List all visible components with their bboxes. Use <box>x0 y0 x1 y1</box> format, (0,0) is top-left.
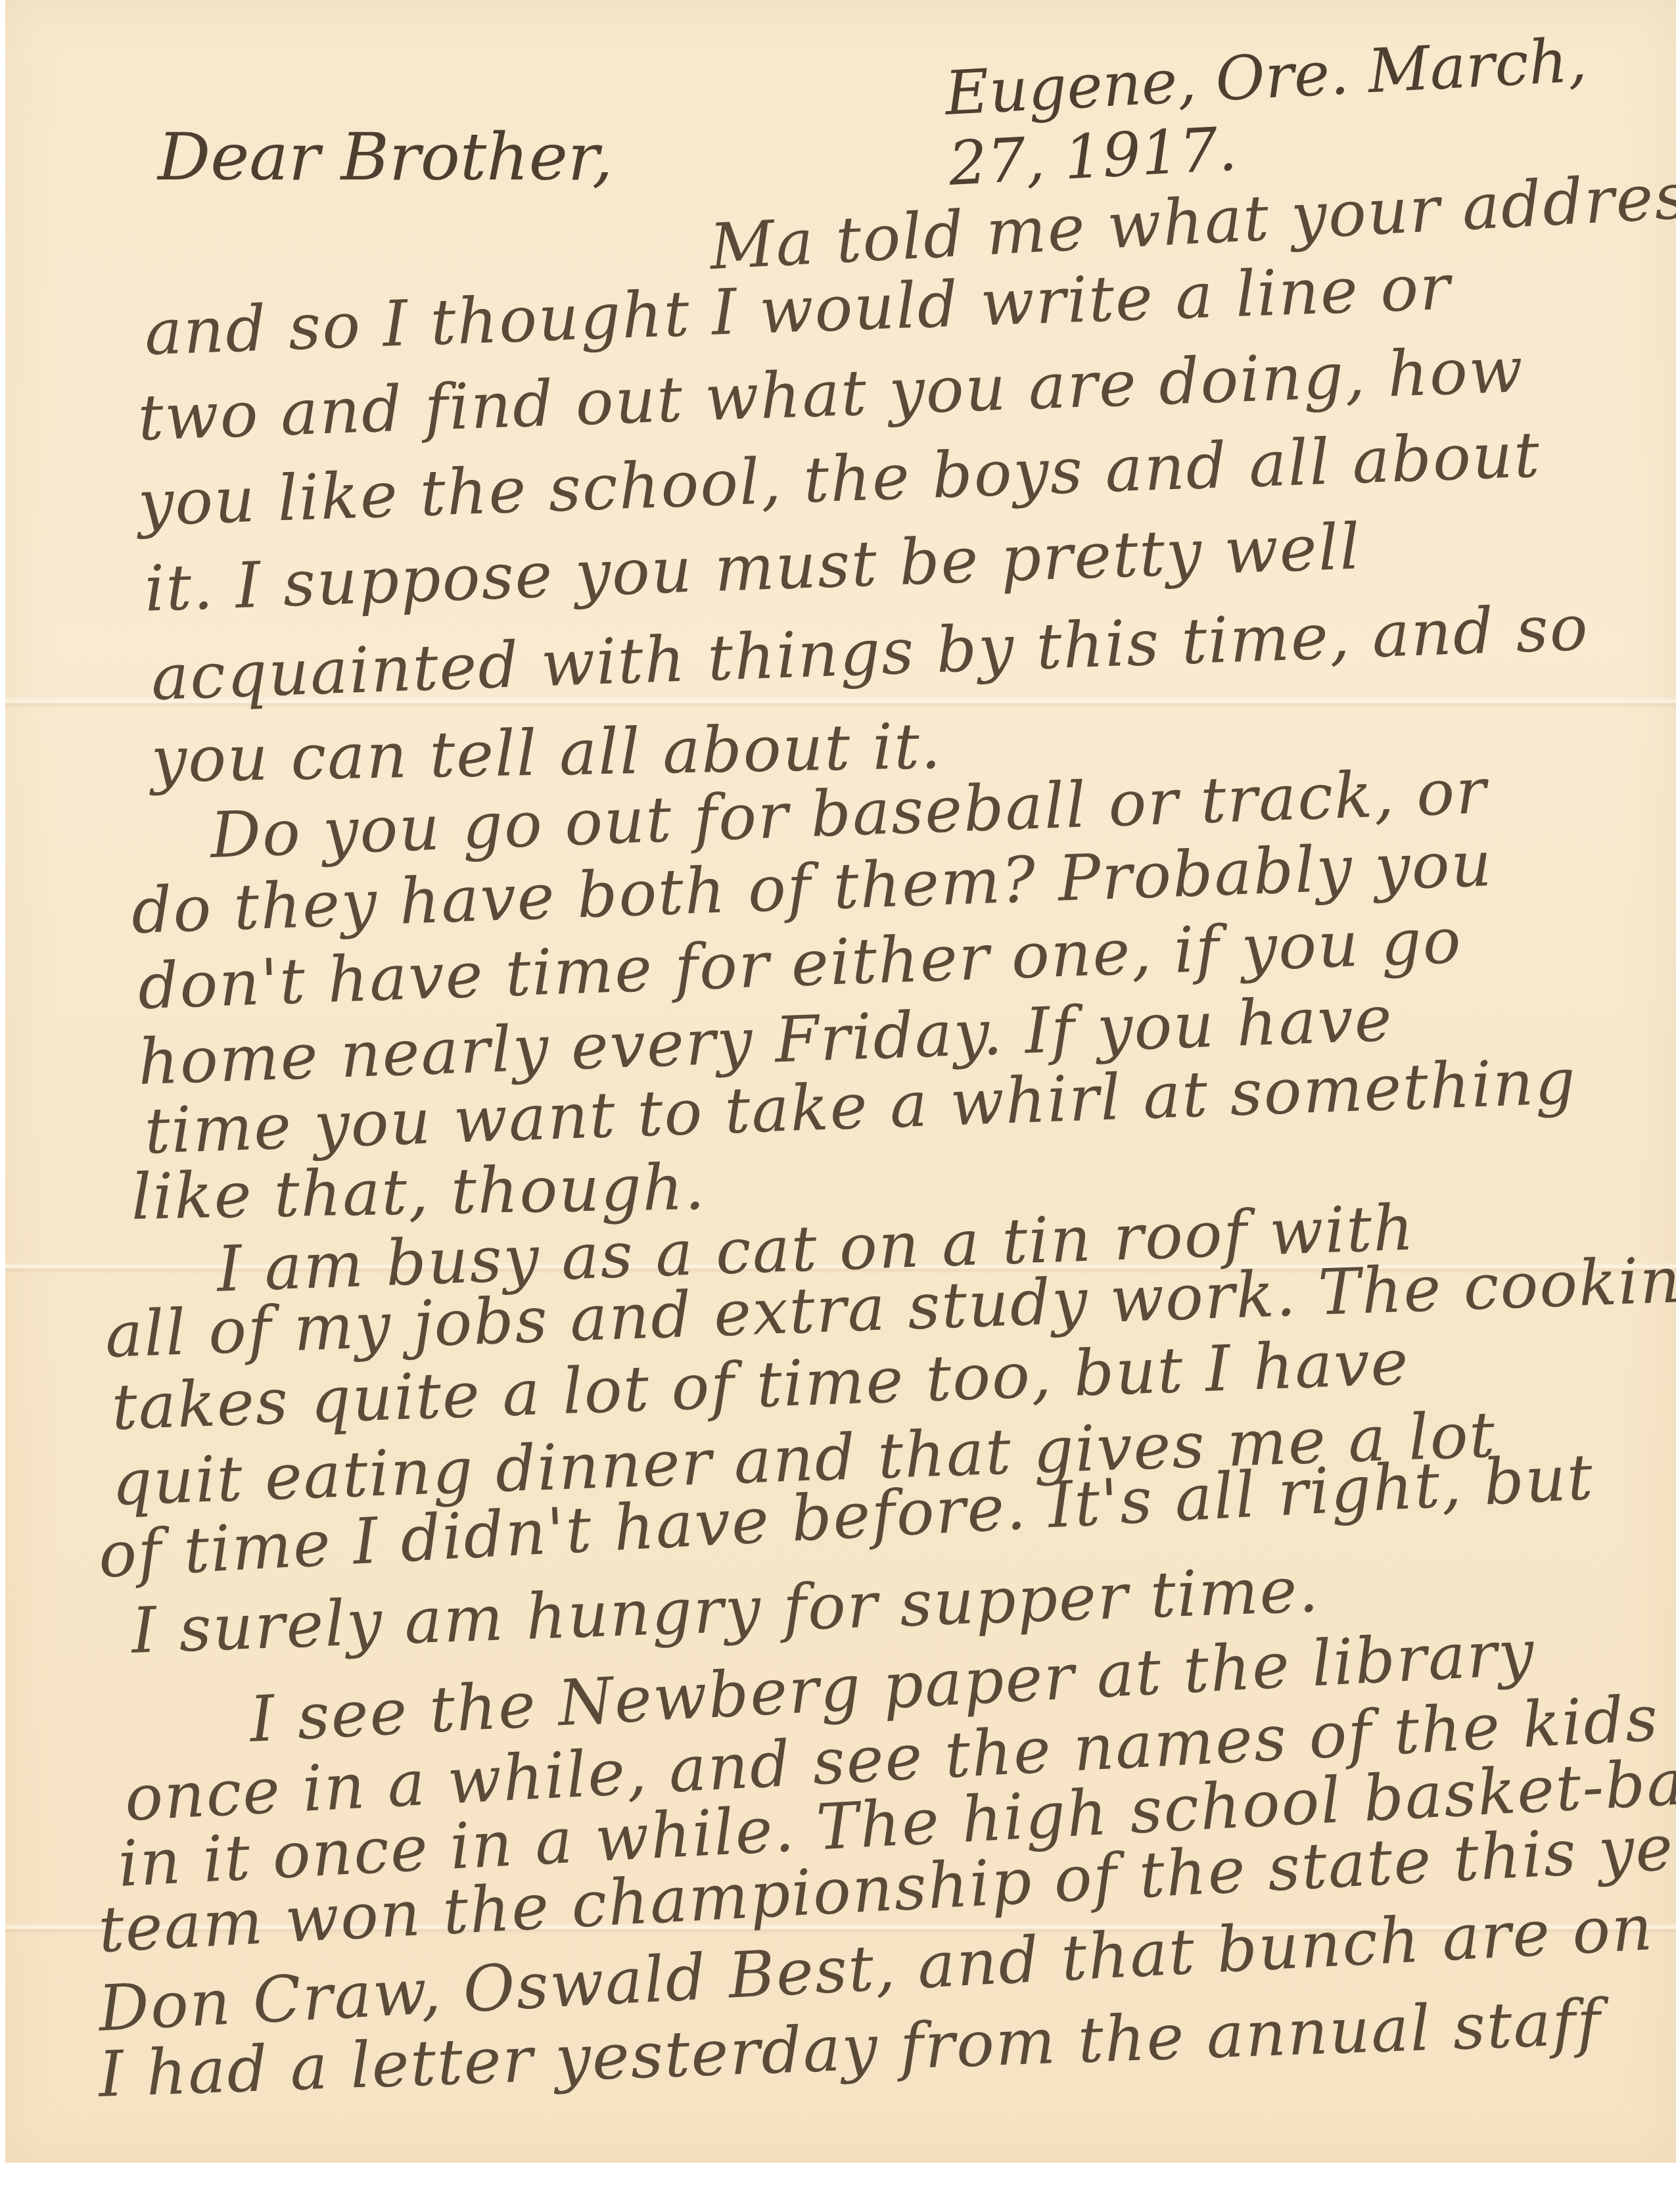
handwritten-letter: Eugene, Ore. March, 27, 1917. Dear Broth… <box>0 0 1676 2163</box>
letter-salutation: Dear Brother, <box>158 118 613 195</box>
scan-bottom-margin <box>0 2163 1676 2212</box>
